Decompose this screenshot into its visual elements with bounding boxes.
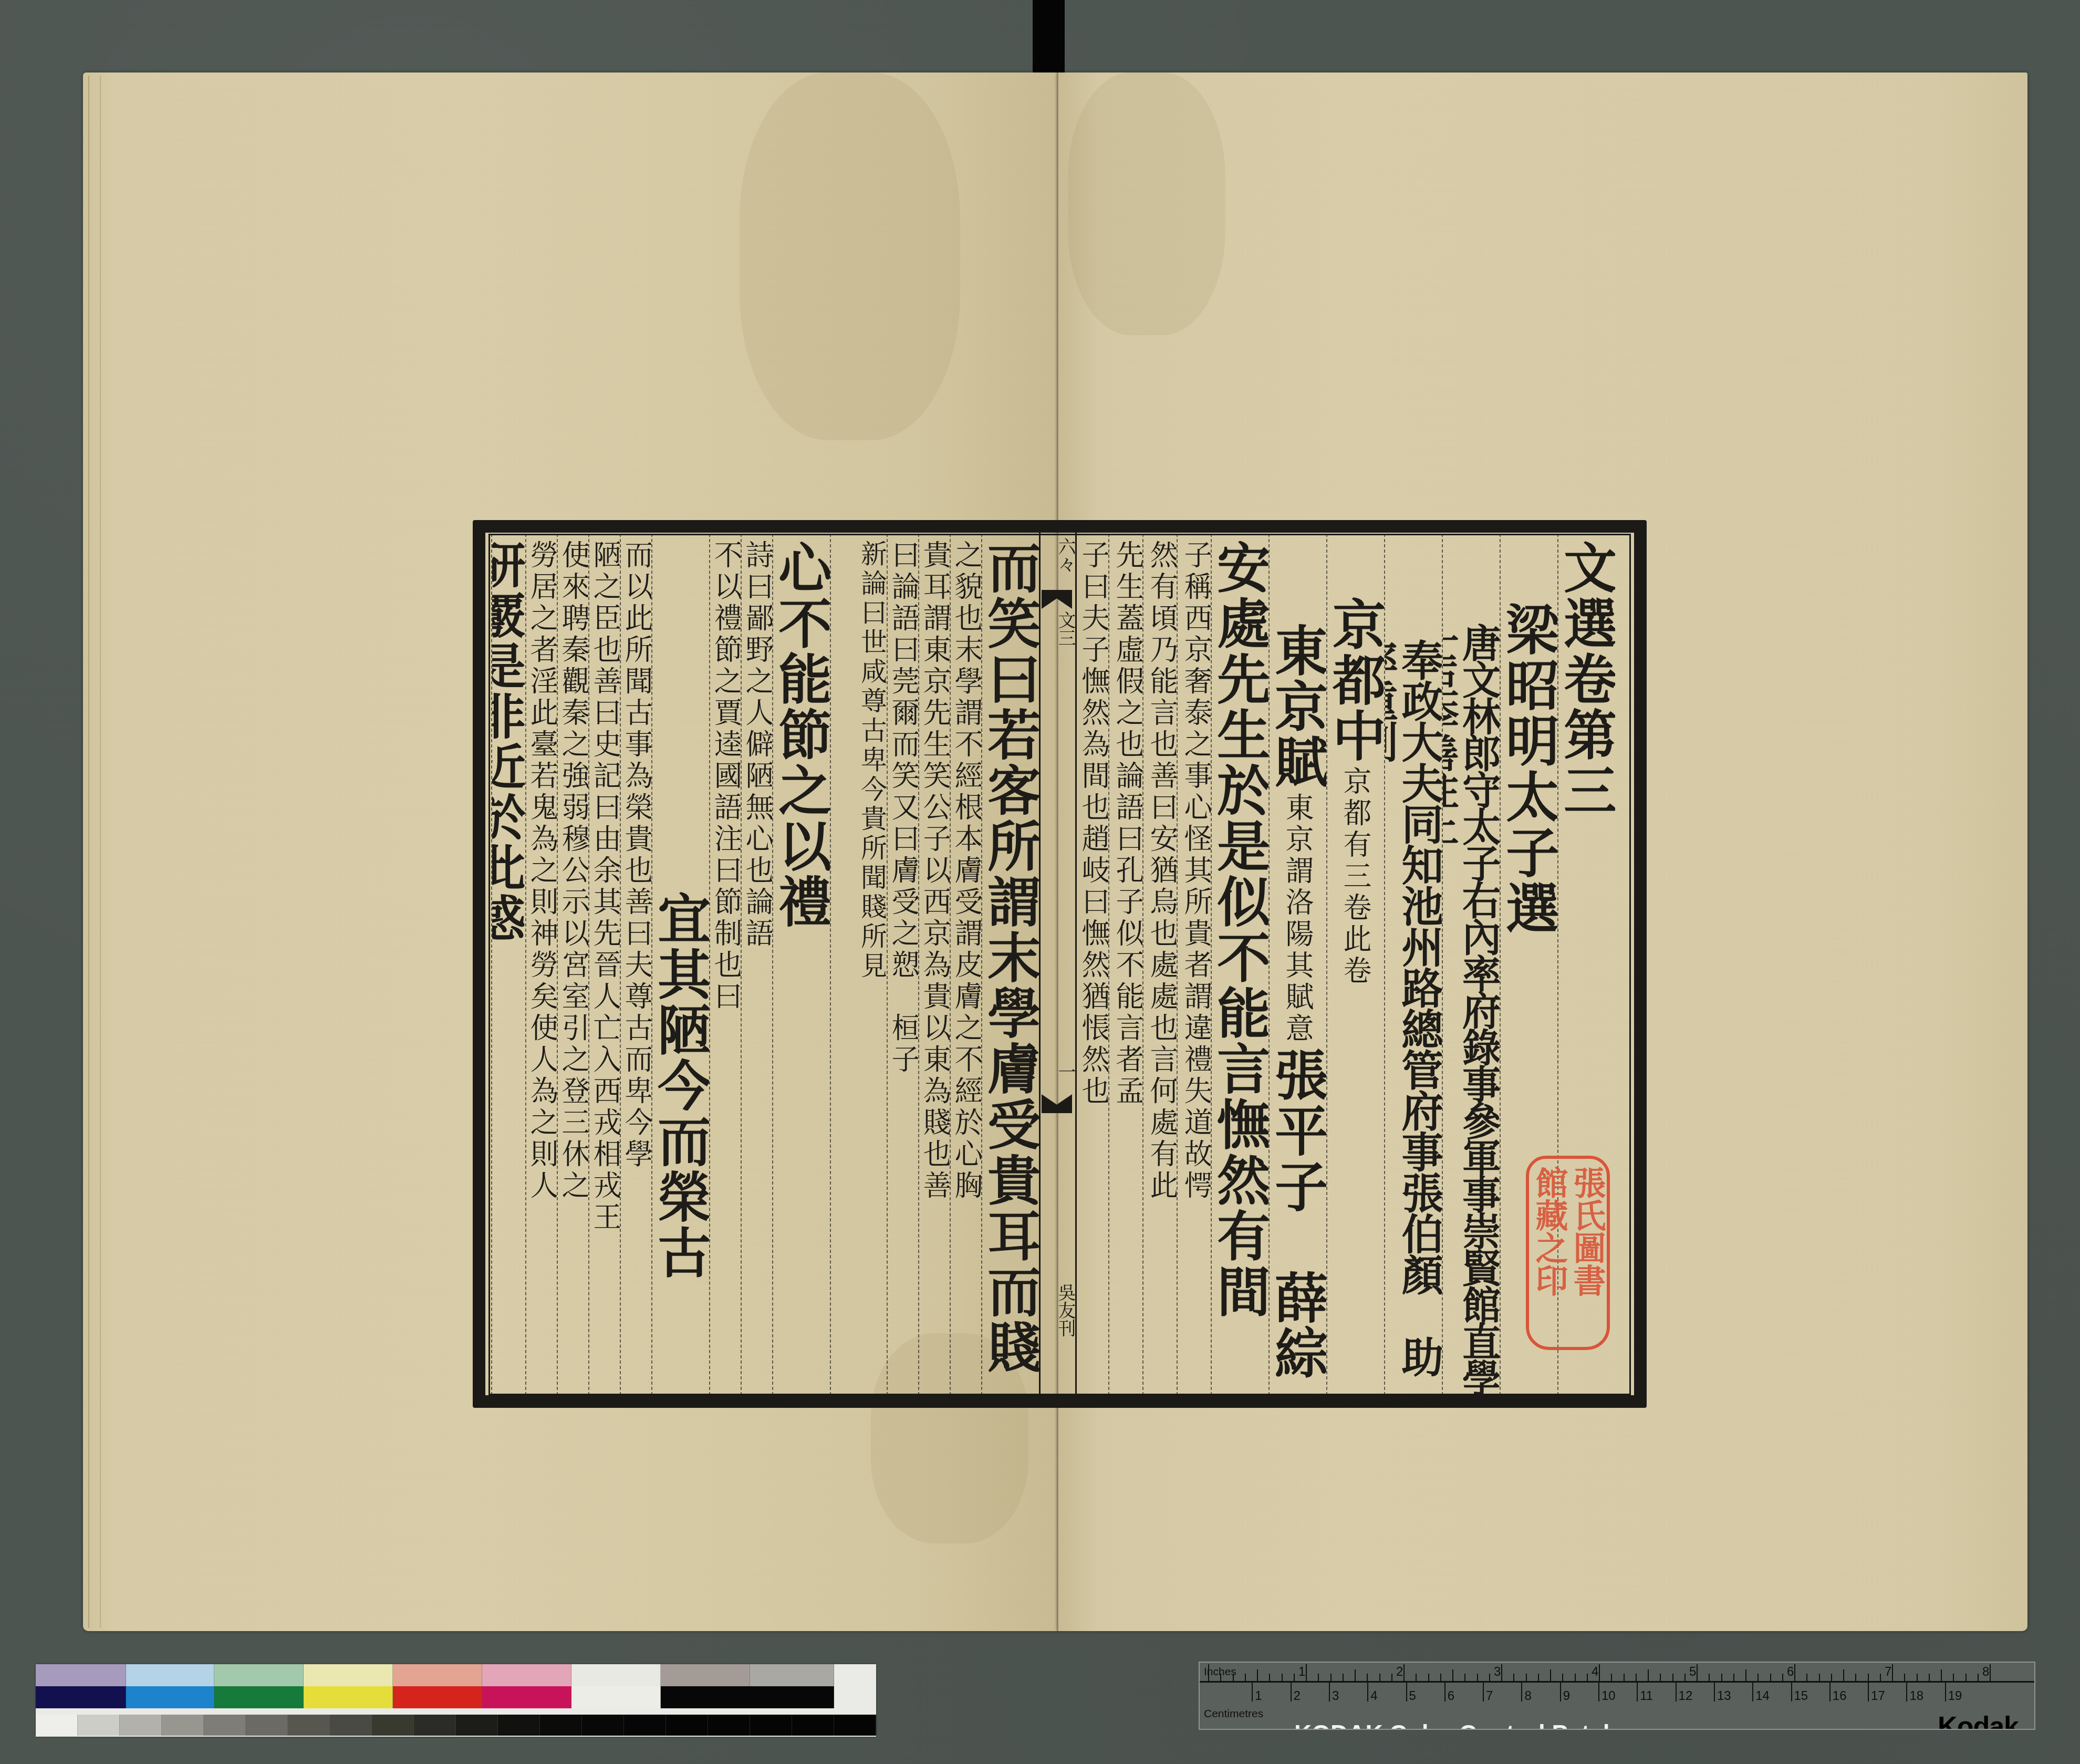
cm-tick (1252, 1683, 1253, 1701)
cm-tick (1367, 1683, 1368, 1701)
inch-tick (1318, 1674, 1319, 1681)
inch-tick (1819, 1674, 1820, 1681)
kodak-logo: Kodak (1938, 1711, 2019, 1730)
inch-number: 1 (1298, 1665, 1305, 1679)
cm-number: 8 (1524, 1689, 1531, 1704)
reprint-line: 奉政大夫同知池州路總管府事張伯顏 助率重刊 (1384, 639, 1442, 1376)
cm-tick (1521, 1683, 1522, 1701)
color-patch (36, 1686, 126, 1708)
color-patch (288, 1715, 330, 1736)
color-patch (750, 1715, 792, 1736)
cm-number: 1 (1255, 1689, 1262, 1704)
commentary-text: 勞居之者淫此臺若鬼為之則神勞矣使人為之則人 (526, 540, 557, 1202)
inch-number: 5 (1689, 1665, 1696, 1679)
inch-tick (1904, 1674, 1905, 1681)
color-patch (393, 1686, 482, 1708)
inch-tick (1269, 1674, 1270, 1681)
inch-tick (1550, 1669, 1551, 1681)
inch-tick (1538, 1674, 1539, 1681)
cm-tick (1406, 1683, 1407, 1701)
cm-number: 2 (1294, 1689, 1301, 1704)
main-text: 安處先生於是似不能言憮 (1211, 540, 1268, 1153)
text-column: 而以此所聞古事為榮貴也善曰夫尊古而卑今學 (620, 534, 651, 1395)
seal-text: 館藏之印 (1532, 1166, 1566, 1347)
inch-tick (1697, 1664, 1698, 1681)
commentary-text: 使來聘秦觀秦之強弱穆公示以宮室引之登三休之 (557, 540, 588, 1202)
gray-scale-strip (36, 1715, 876, 1736)
text-column: 安處先生於是似不能言憮然有間 (1211, 534, 1268, 1395)
center-column-banxin: 六々 文三 一 吳友刊 (1039, 532, 1077, 1396)
main-text: 宜其陋今而榮古 (651, 891, 709, 1281)
inch-tick (1721, 1674, 1722, 1681)
main-text: 然有間 (1211, 1153, 1268, 1320)
centimetres-label: Centimetres (1204, 1708, 1263, 1720)
commentary-text: 之貌也末學謂不經根本膚受謂皮膚之不經於心胸 (950, 540, 981, 1202)
commentary-text: 然有頃乃能言也善曰安猶烏也處處也言何處有此 (1146, 540, 1177, 1202)
inch-tick (1709, 1674, 1710, 1681)
cm-number: 13 (1717, 1689, 1731, 1704)
inch-tick (1917, 1674, 1918, 1681)
inch-tick (1770, 1674, 1771, 1681)
cm-tick (1291, 1683, 1292, 1701)
cm-number: 19 (1948, 1689, 1962, 1704)
inch-tick (1611, 1674, 1612, 1681)
inch-tick (1294, 1674, 1295, 1681)
text-column: 然有頃乃能言也善曰安猶烏也處處也言何處有此 (1142, 534, 1177, 1395)
inch-tick (1648, 1669, 1649, 1681)
inch-tick (1513, 1674, 1514, 1681)
color-patch (126, 1686, 214, 1708)
inch-number: 8 (1982, 1665, 1989, 1679)
color-patch (393, 1664, 482, 1686)
color-patch (482, 1664, 571, 1686)
text-column: 而笑曰若客所謂末學膚受貴耳而賤目者也 (981, 534, 1039, 1395)
fishtail-top-icon (1042, 590, 1072, 609)
ruler-center-line (1200, 1681, 2034, 1683)
text-column: 唐文林郎守太子右內率府錄事參軍事崇賢館直學士臣李善注上 (1442, 534, 1500, 1395)
color-patch (36, 1715, 78, 1736)
color-patch (214, 1686, 304, 1708)
inch-tick (1794, 1664, 1795, 1681)
inch-tick (1489, 1674, 1490, 1681)
text-column: 詩曰鄙野之人僻陋無心也論語 (741, 534, 772, 1395)
color-patch (246, 1715, 288, 1736)
water-stain (740, 72, 960, 440)
cm-number: 15 (1794, 1689, 1808, 1704)
text-column: 奉政大夫同知池州路總管府事張伯顏 助率重刊 (1384, 534, 1442, 1395)
inch-tick (1745, 1669, 1746, 1681)
text-column: 使來聘秦觀秦之強弱穆公示以宮室引之登三休之 (557, 534, 588, 1395)
inch-tick (1806, 1674, 1807, 1681)
cm-tick (1752, 1683, 1753, 1701)
cm-tick (1560, 1683, 1561, 1701)
inch-tick (1257, 1669, 1258, 1681)
inch-tick (1440, 1674, 1441, 1681)
text-column: 勞居之者淫此臺若鬼為之則神勞矣使人為之則人 (525, 534, 557, 1395)
text-column: 貴耳謂東京先生笑公子以西京為貴以東為賤也善 (918, 534, 950, 1395)
color-patch (571, 1664, 661, 1686)
water-stain (1068, 72, 1225, 335)
inch-tick (1575, 1674, 1576, 1681)
inch-tick (1208, 1664, 1209, 1681)
text-column: 宜其陋今而榮古 (651, 534, 709, 1395)
color-patch (661, 1686, 834, 1708)
inch-tick (1757, 1674, 1759, 1681)
cm-tick (1444, 1683, 1445, 1701)
cm-tick (1829, 1683, 1831, 1701)
inch-tick (1587, 1674, 1588, 1681)
main-text: 研覈是非近於此惑 (491, 540, 525, 943)
main-text: 而笑曰若客所謂末學膚受貴耳而賤目者也 (981, 540, 1039, 1375)
inch-number: 2 (1396, 1665, 1403, 1679)
red-collector-seal: 張氏圖書 館藏之印 (1526, 1156, 1610, 1350)
main-text: 心不能節之以禮 (772, 540, 830, 930)
color-patch (120, 1715, 162, 1736)
commentator-line: 唐文林郎守太子右內率府錄事參軍事崇賢館直學士臣李善注上 (1442, 623, 1500, 1395)
inch-tick (1990, 1664, 1991, 1681)
color-patches-light (36, 1664, 876, 1686)
commentary-text: 詩曰鄙野之人僻陋無心也論語 (741, 540, 772, 950)
inch-tick (1403, 1664, 1405, 1681)
cm-tick (1329, 1683, 1330, 1701)
cm-tick (1714, 1683, 1715, 1701)
annotation: 東京謂洛陽其賦意 (1283, 793, 1312, 1045)
inch-tick (1220, 1674, 1221, 1681)
cm-number: 9 (1563, 1689, 1570, 1704)
color-patch (582, 1715, 624, 1736)
inch-tick (1367, 1674, 1368, 1681)
color-patch (304, 1664, 393, 1686)
cm-number: 12 (1679, 1689, 1693, 1704)
cm-tick (1791, 1683, 1792, 1701)
kodak-color-chart (36, 1664, 876, 1737)
inch-tick (1282, 1674, 1283, 1681)
banxin-leaf-number: 一 (1041, 1063, 1075, 1081)
inch-tick (1526, 1674, 1527, 1681)
color-patch (792, 1715, 834, 1736)
color-patch (414, 1715, 456, 1736)
inch-tick (1672, 1674, 1673, 1681)
inch-tick (1660, 1674, 1661, 1681)
color-patch (482, 1686, 571, 1708)
inch-tick (1599, 1664, 1600, 1681)
banxin-top-mark: 六々 (1041, 537, 1075, 573)
cm-number: 14 (1755, 1689, 1770, 1704)
inch-tick (1965, 1674, 1967, 1681)
inch-tick (1416, 1674, 1417, 1681)
color-patch (624, 1715, 666, 1736)
text-column: 陋之臣也善曰史記曰由余其先晉人亡入西戎相戎王 (588, 534, 620, 1395)
color-patch (571, 1686, 661, 1708)
commentary-text: 新論曰世咸尊古卑今貴所聞賤所見 (857, 540, 887, 981)
inch-tick (1562, 1674, 1563, 1681)
text-column: 先生蓋虛假之也論語曰孔子似不能言者孟 (1108, 534, 1142, 1395)
section-heading: 京都中 (1326, 597, 1384, 764)
color-patch (750, 1664, 834, 1686)
commentary-text: 而以此所聞古事為榮貴也善曰夫尊古而卑今學 (620, 540, 651, 1170)
color-patch (36, 1664, 126, 1686)
commentary-text: 先生蓋虛假之也論語曰孔子似不能言者孟 (1111, 540, 1142, 1107)
cm-tick (1598, 1683, 1599, 1701)
inch-tick (1452, 1669, 1453, 1681)
inch-tick (1941, 1669, 1942, 1681)
commentary-text: 子曰夫子憮然為間也趙岐曰憮然猶悵然也 (1077, 540, 1108, 1107)
color-patch (834, 1715, 876, 1736)
cm-tick (1906, 1683, 1907, 1701)
cm-tick (1637, 1683, 1638, 1701)
inch-tick (1477, 1674, 1478, 1681)
inch-number: 3 (1494, 1665, 1501, 1679)
color-patch (330, 1715, 372, 1736)
color-patch (304, 1686, 393, 1708)
inch-tick (1391, 1674, 1392, 1681)
color-patch (214, 1664, 304, 1686)
commentary-text: 貴耳謂東京先生笑公子以西京為貴以東為賤也善 (919, 540, 950, 1202)
color-patch (666, 1715, 708, 1736)
inch-number: 4 (1592, 1665, 1598, 1679)
volume-title: 文選卷第三 (1557, 540, 1615, 818)
inch-number: 6 (1787, 1665, 1794, 1679)
inch-tick (1464, 1674, 1465, 1681)
cm-tick (1483, 1683, 1484, 1701)
inch-tick (1343, 1674, 1344, 1681)
inch-tick (1892, 1664, 1893, 1681)
text-column: 曰論語曰莞爾而笑又曰膚受之愬 桓子 (887, 534, 918, 1395)
seal-text: 張氏圖書 (1569, 1166, 1604, 1347)
inch-tick (1245, 1674, 1246, 1681)
inch-tick (1330, 1674, 1332, 1681)
text-column: 子曰夫子憮然為間也趙岐曰憮然猶悵然也 (1076, 534, 1108, 1395)
color-patch (540, 1715, 582, 1736)
inch-tick (1233, 1674, 1234, 1681)
inch-tick (1782, 1674, 1783, 1681)
color-patches-saturated (36, 1686, 876, 1708)
inch-tick (1929, 1674, 1930, 1681)
inch-tick (1978, 1674, 1979, 1681)
cm-tick (1868, 1683, 1869, 1701)
banxin-carver: 吳友刊 (1041, 1283, 1075, 1337)
color-patch (126, 1664, 214, 1686)
inch-number: 7 (1885, 1665, 1891, 1679)
color-patch (78, 1715, 120, 1736)
inch-tick (1831, 1674, 1832, 1681)
commentary-text: 曰論語曰莞爾而笑又曰膚受之愬 桓子 (887, 540, 918, 1076)
cm-number: 4 (1370, 1689, 1377, 1704)
inch-tick (1501, 1664, 1502, 1681)
cm-number: 5 (1409, 1689, 1416, 1704)
color-patch (661, 1664, 750, 1686)
inch-tick (1880, 1674, 1881, 1681)
rhapsody-title: 東京賦 (1268, 623, 1326, 790)
inch-tick (1306, 1664, 1307, 1681)
cm-number: 3 (1332, 1689, 1339, 1704)
text-column: 東京賦 東京謂洛陽其賦意 張平子 薛綜注 (1268, 534, 1326, 1395)
text-column: 不以禮節之賈逵國語注曰節制也曰 (709, 534, 741, 1395)
inch-tick (1355, 1669, 1356, 1681)
cm-number: 10 (1601, 1689, 1616, 1704)
text-column: 新論曰世咸尊古卑今貴所聞賤所見 (830, 534, 887, 1395)
text-column: 心不能節之以禮 (772, 534, 830, 1395)
inch-tick (1843, 1669, 1844, 1681)
inch-tick (1624, 1674, 1625, 1681)
color-patch (498, 1715, 540, 1736)
text-column: 研覈是非近於此惑 (491, 534, 525, 1395)
annotation: 京都有三卷此卷 (1340, 766, 1370, 987)
inch-tick (1636, 1674, 1637, 1681)
inch-tick (1868, 1674, 1869, 1681)
commentary-text: 不以禮節之賈逵國語注曰節制也曰 (710, 540, 741, 1013)
kodak-ruler: Inches 123456781234567891011121314151617… (1199, 1662, 2035, 1730)
inch-tick (1684, 1674, 1686, 1681)
inch-tick (1953, 1674, 1954, 1681)
cm-tick (1945, 1683, 1946, 1701)
text-column: 京都中 京都有三卷此卷 (1326, 534, 1384, 1395)
fishtail-bottom-icon (1042, 1094, 1072, 1113)
commentary-text: 子稱西京奢泰之事心怪其所貴者謂違禮失道故愕 (1180, 540, 1211, 1202)
compiler-line: 梁昭明太子選 (1500, 602, 1557, 936)
inch-tick (1855, 1674, 1856, 1681)
commentary-text: 陋之臣也善曰史記曰由余其先晉人亡入西戎相戎王 (589, 540, 620, 1233)
cm-number: 7 (1486, 1689, 1493, 1704)
banxin-fascicle: 文三 (1041, 611, 1075, 647)
cm-tick (1676, 1683, 1677, 1701)
color-patch (456, 1715, 498, 1736)
color-patch (372, 1715, 414, 1736)
inch-tick (1428, 1674, 1429, 1681)
color-patch (204, 1715, 246, 1736)
text-column: 之貌也末學謂不經根本膚受謂皮膚之不經於心胸 (950, 534, 981, 1395)
cm-number: 6 (1448, 1689, 1454, 1704)
inch-tick (1379, 1674, 1380, 1681)
inch-tick (1733, 1674, 1734, 1681)
color-patch (162, 1715, 204, 1736)
cm-number: 11 (1640, 1689, 1653, 1704)
text-column: 子稱西京奢泰之事心怪其所貴者謂違禮失道故愕 (1177, 534, 1211, 1395)
cm-number: 17 (1871, 1689, 1885, 1704)
cm-number: 16 (1833, 1689, 1847, 1704)
product-name: KODAK Color Control Patches (1294, 1719, 1645, 1730)
gutter-shadow (1033, 0, 1065, 74)
cm-number: 18 (1909, 1689, 1923, 1704)
color-patch (708, 1715, 750, 1736)
